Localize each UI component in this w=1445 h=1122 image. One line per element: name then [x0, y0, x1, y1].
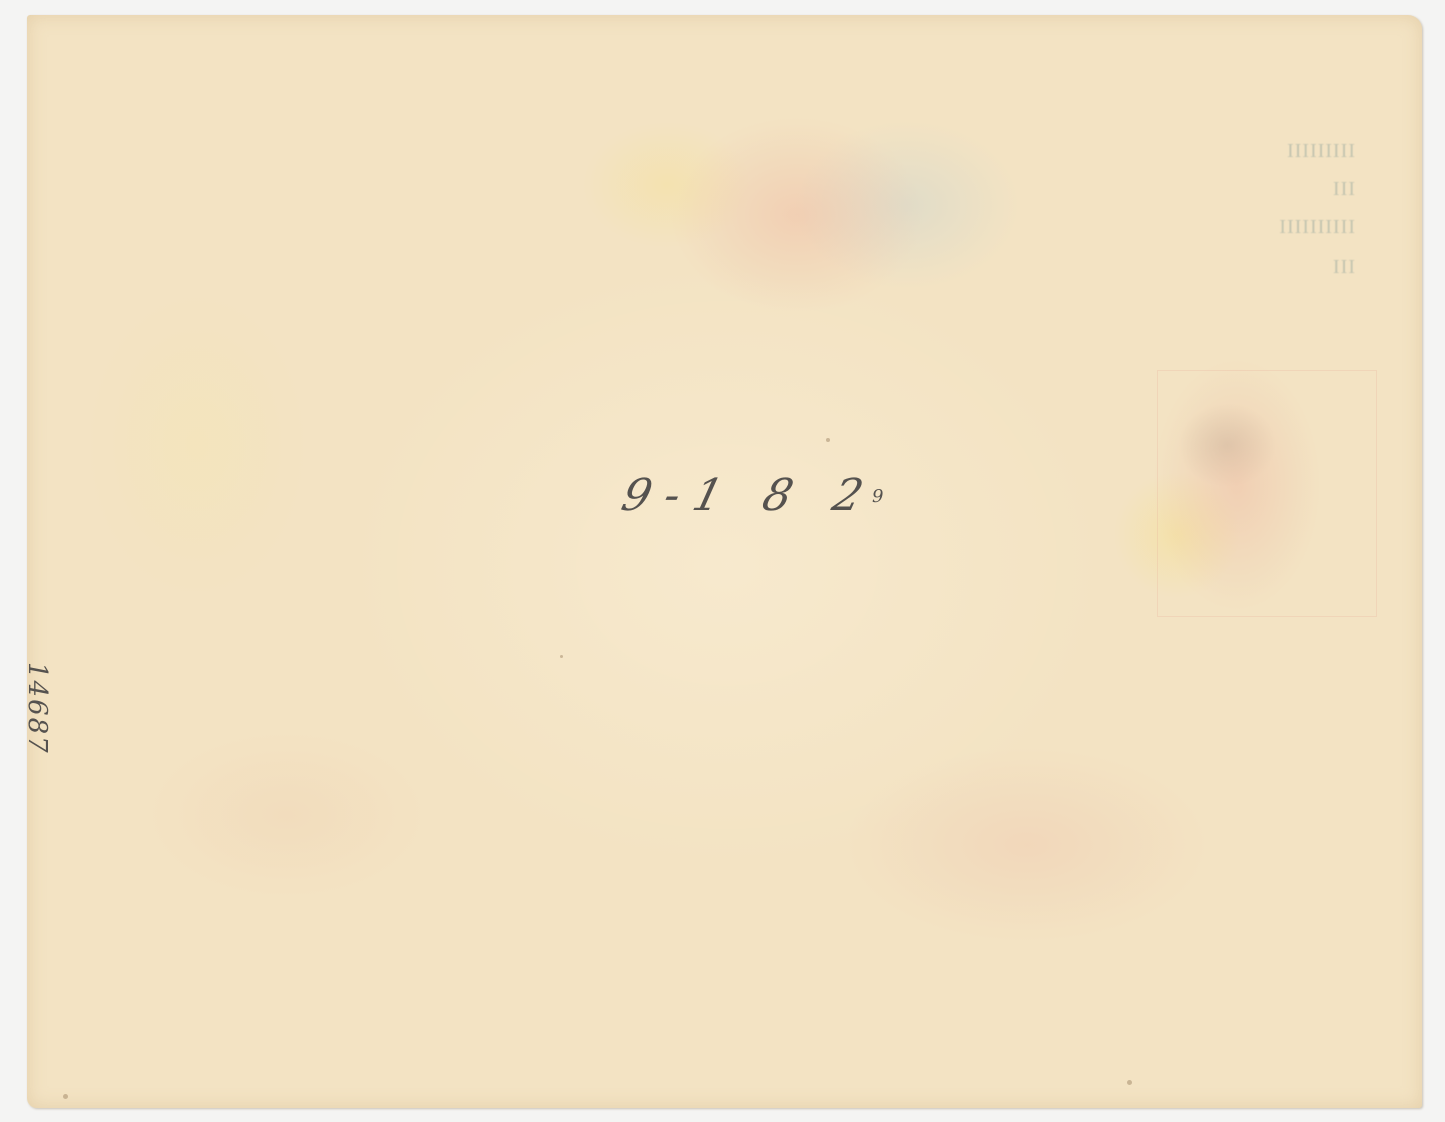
- pencil-side-inventory-number: 14687: [22, 662, 52, 755]
- pencil-catalog-suffix: 9: [872, 486, 883, 507]
- bleed-through-text-line: III: [1175, 256, 1355, 279]
- foxing-spot: [560, 655, 563, 658]
- bleed-through-text-line: III: [1175, 178, 1355, 201]
- bleed-through-text-line: IIIIIIIII: [1175, 140, 1355, 163]
- foxing-spot: [826, 438, 830, 442]
- pencil-catalog-number: 9-1 8 2: [617, 470, 883, 521]
- bleed-through-image-region: [1157, 370, 1377, 617]
- foxing-spot: [1127, 1080, 1132, 1085]
- bleed-through-text-line: IIIIIIIIII: [1175, 216, 1355, 239]
- foxing-spot: [63, 1094, 68, 1099]
